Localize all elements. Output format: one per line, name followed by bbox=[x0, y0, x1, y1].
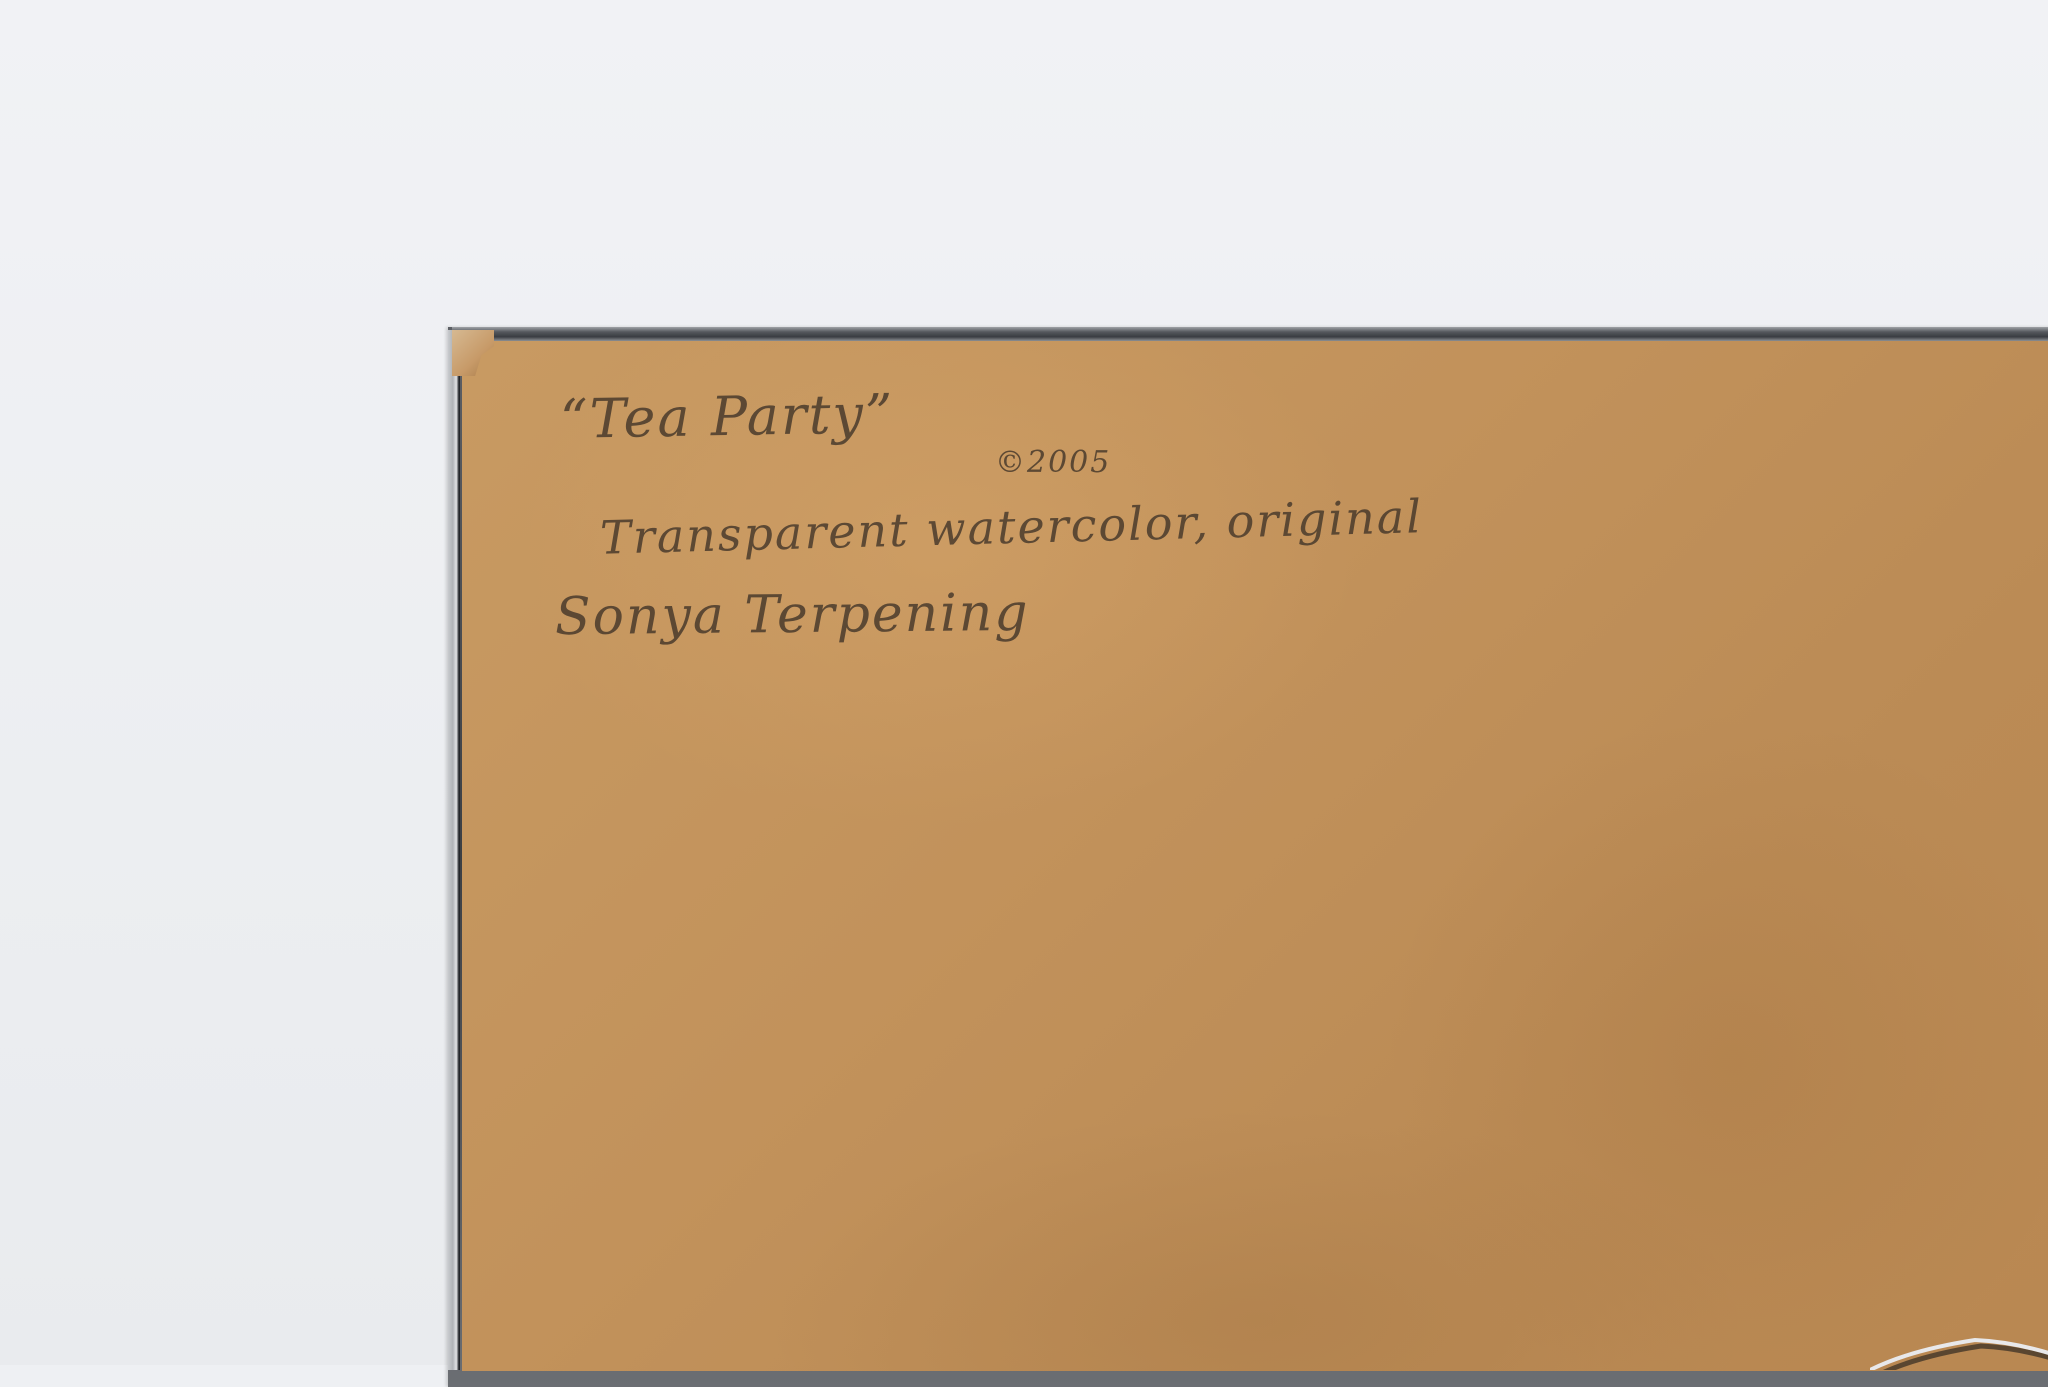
hanging-wire bbox=[1870, 1330, 2048, 1365]
copyright-year: ©2005 bbox=[995, 445, 1111, 480]
artist-signature: Sonya Terpening bbox=[555, 583, 1030, 647]
frame-top-edge bbox=[452, 327, 2048, 341]
frame-left-edge bbox=[448, 330, 460, 1365]
artwork-title: “Tea Party” bbox=[559, 382, 895, 451]
